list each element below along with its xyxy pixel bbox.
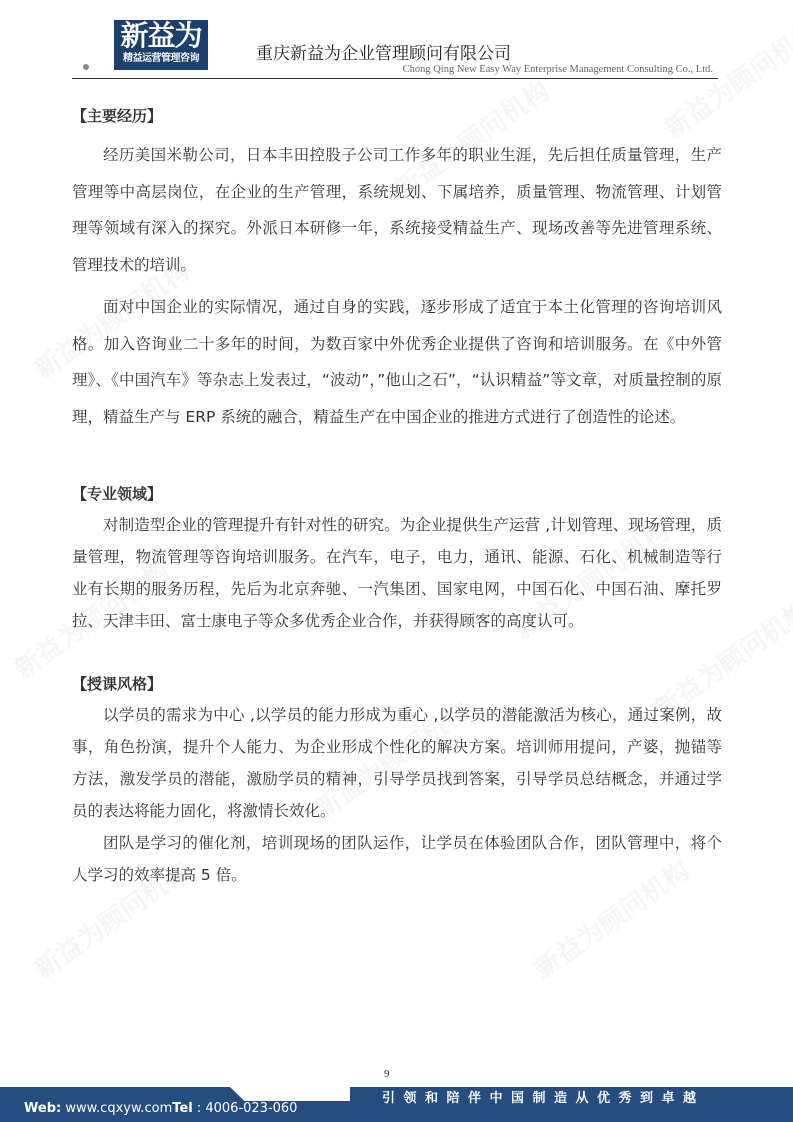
company-name-cn: 重庆新益为企业管理顾问有限公司 [256, 39, 511, 64]
section-main-experience: 【主要经历】 经历美国米勒公司，日本丰田控股子公司工作多年的职业生涯，先后担任质… [72, 101, 722, 435]
page-number: 9 [384, 1068, 390, 1080]
web-url[interactable]: www.cqxyw.com [61, 1101, 172, 1116]
section-title: 【主要经历】 [72, 101, 722, 131]
paragraph: 经历美国米勒公司，日本丰田控股子公司工作多年的职业生涯，先后担任质量管理，生产管… [72, 137, 722, 283]
section-professional-field: 【专业领域】 对制造型企业的管理提升有针对性的研究。为企业提供生产运营 ,计划管… [72, 479, 722, 637]
paragraph: 以学员的需求为中心 ,以学员的能力形成为重心 ,以学员的潜能激活为核心，通过案例… [72, 699, 722, 827]
section-title: 【专业领域】 [72, 479, 722, 509]
tel-number: : 4006-023-060 [193, 1101, 298, 1116]
footer-slogan: 引领和陪伴中国制造从优秀到卓越 [382, 1087, 705, 1106]
header-bullet-dot [83, 64, 89, 70]
logo-main-text: 新益为 [114, 20, 208, 52]
logo-sub-text: 精益运营管理咨询 [114, 52, 208, 66]
document-body: 【主要经历】 经历美国米勒公司，日本丰田控股子公司工作多年的职业生涯，先后担任质… [72, 101, 722, 891]
company-name-en: Chong Qing New Easy Way Enterprise Manag… [403, 64, 713, 75]
paragraph: 对制造型企业的管理提升有针对性的研究。为企业提供生产运营 ,计划管理、现场管理，… [72, 509, 722, 637]
section-title: 【授课风格】 [72, 669, 722, 699]
footer-notch-shape [230, 1087, 350, 1101]
company-logo: 新益为 精益运营管理咨询 [114, 20, 208, 70]
header-divider [72, 78, 718, 79]
footer-contact: Web: www.cqxyw.comTel : 4006-023-060 [24, 1101, 297, 1116]
section-teaching-style: 【授课风格】 以学员的需求为中心 ,以学员的能力形成为重心 ,以学员的潜能激活为… [72, 669, 722, 891]
paragraph: 面对中国企业的实际情况，通过自身的实践，逐步形成了适宜于本土化管理的咨询培训风格… [72, 289, 722, 435]
paragraph: 团队是学习的催化剂，培训现场的团队运作，让学员在体验团队合作，团队管理中，将个人… [72, 827, 722, 891]
footer-bar: Web: www.cqxyw.comTel : 4006-023-060 引领和… [0, 1087, 793, 1122]
tel-label: Tel [172, 1101, 192, 1116]
web-label: Web: [24, 1101, 61, 1116]
